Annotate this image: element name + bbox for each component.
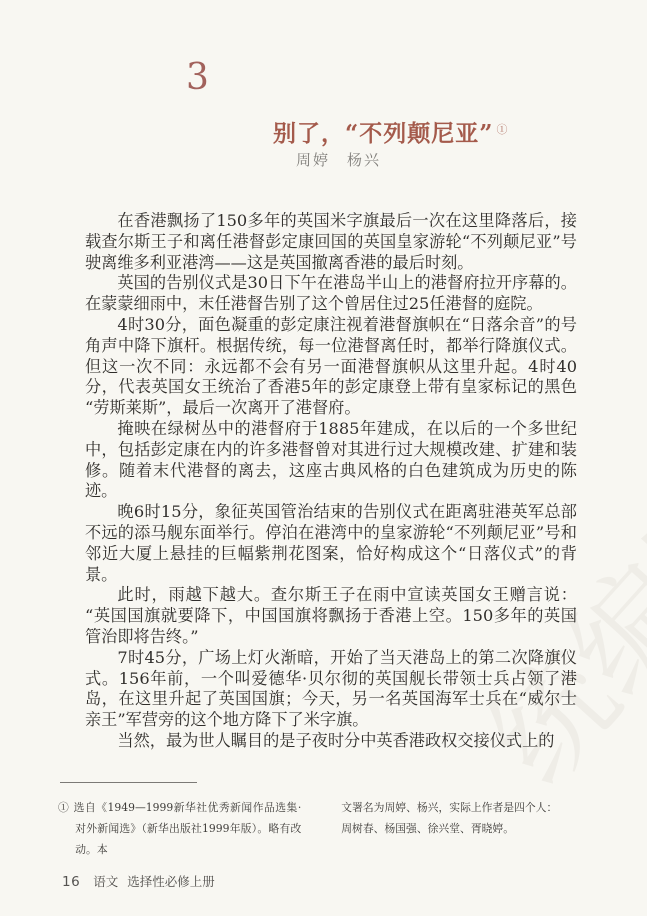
paragraph-5: 晚6时15分，象征英国管治结束的告别仪式在距离驻港英军总部不远的添马舰东面举行。… — [85, 502, 577, 585]
article-title-text: 别了，“不列颠尼亚” — [273, 120, 493, 147]
footnote-divider — [60, 782, 197, 783]
article-authors: 周婷 杨兴 — [296, 149, 381, 170]
footer-book-title: 选择性必修上册 — [127, 872, 215, 890]
footnote-column-1: ①选自《1949—1999新华社优秀新闻作品选集·对外新闻选》（新华出版社199… — [58, 797, 301, 860]
footnote: ①选自《1949—1999新华社优秀新闻作品选集·对外新闻选》（新华出版社199… — [58, 797, 557, 860]
article-title: 别了，“不列颠尼亚”① — [273, 118, 508, 150]
page-number: 16 — [62, 874, 80, 890]
paragraph-3: 4时30分，面色凝重的彭定康注视着港督旗帜在“日落余音”的号角声中降下旗杆。根据… — [85, 315, 577, 419]
footnote-column-2: 文署名为周婷、杨兴，实际上作者是四个人：周树春、杨国强、徐兴堂、胥晓婷。 — [341, 797, 557, 860]
paragraph-4: 掩映在绿树丛中的港督府于1885年建成，在以后的一个多世纪中，包括彭定康在内的许… — [85, 419, 577, 502]
paragraph-6: 此时，雨越下越大。查尔斯王子在雨中宣读英国女王赠言说：“英国国旗就要降下，中国国… — [85, 585, 577, 647]
paragraph-2: 英国的告别仪式是30日下午在港岛半山上的港督府拉开序幕的。在蒙蒙细雨中，末任港督… — [85, 273, 577, 315]
title-footnote-ref: ① — [496, 123, 508, 136]
paragraph-7: 7时45分，广场上灯火渐暗，开始了当天港岛上的第二次降旗仪式。156年前，一个叫… — [85, 648, 577, 731]
paragraph-1: 在香港飘扬了150多年的英国米字旗最后一次在这里降落后，接载查尔斯王子和离任港督… — [85, 211, 577, 273]
paragraph-8: 当然，最为世人瞩目的是子夜时分中英香港政权交接仪式上的 — [85, 731, 577, 752]
page-footer: 16 语文 选择性必修上册 — [62, 872, 215, 890]
footnote-text-part-1: 选自《1949—1999新华社优秀新闻作品选集·对外新闻选》（新华出版社1999… — [74, 801, 302, 856]
footnote-marker: ① — [58, 801, 69, 814]
textbook-page: 统编版 3 别了，“不列颠尼亚”① 周婷 杨兴 在香港飘扬了150多年的英国米字… — [0, 0, 647, 916]
footer-subject: 语文 — [93, 872, 118, 890]
footnote-text-part-2: 文署名为周婷、杨兴，实际上作者是四个人：周树春、杨国强、徐兴堂、胥晓婷。 — [341, 801, 557, 835]
lesson-number: 3 — [186, 60, 209, 96]
article-body: 在香港飘扬了150多年的英国米字旗最后一次在这里降落后，接载查尔斯王子和离任港督… — [85, 211, 577, 752]
